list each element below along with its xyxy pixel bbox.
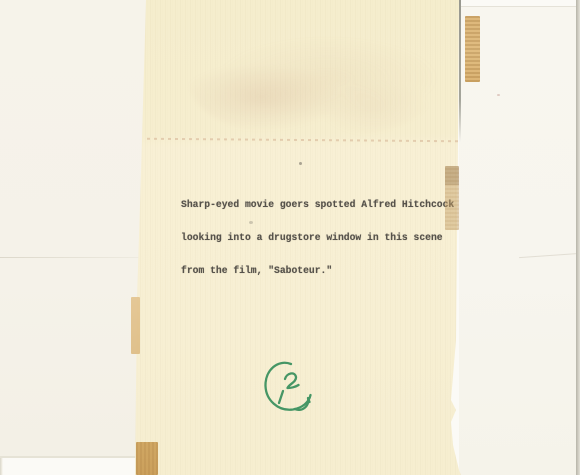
paper-crease (0, 257, 147, 258)
ink-speck (249, 221, 253, 224)
tape-piece-bottom-left (136, 442, 158, 475)
typed-caption: Sharp-eyed movie goers spotted Alfred Hi… (181, 177, 466, 298)
caption-line: Sharp-eyed movie goers spotted Alfred Hi… (181, 199, 466, 210)
tape-piece-top-right (465, 16, 480, 82)
ink-speck (299, 162, 302, 165)
scan-speck (497, 94, 500, 96)
paper-crease (519, 253, 580, 258)
green-grease-pencil-mark-icon (250, 350, 330, 428)
caption-line: from the film, "Saboteur." (181, 265, 466, 276)
backing-paper-left (0, 0, 147, 458)
paper-edge-shadow (459, 0, 461, 142)
stain-blotch (190, 28, 440, 140)
scan-edge-right (576, 0, 580, 475)
tape-piece-right-edge (445, 166, 459, 230)
fold-perforation-line (147, 138, 458, 142)
tape-piece-left-edge (131, 297, 140, 354)
caption-line: looking into a drugstore window in this … (181, 232, 466, 243)
photo-verso-scan: Sharp-eyed movie goers spotted Alfred Hi… (0, 0, 580, 475)
